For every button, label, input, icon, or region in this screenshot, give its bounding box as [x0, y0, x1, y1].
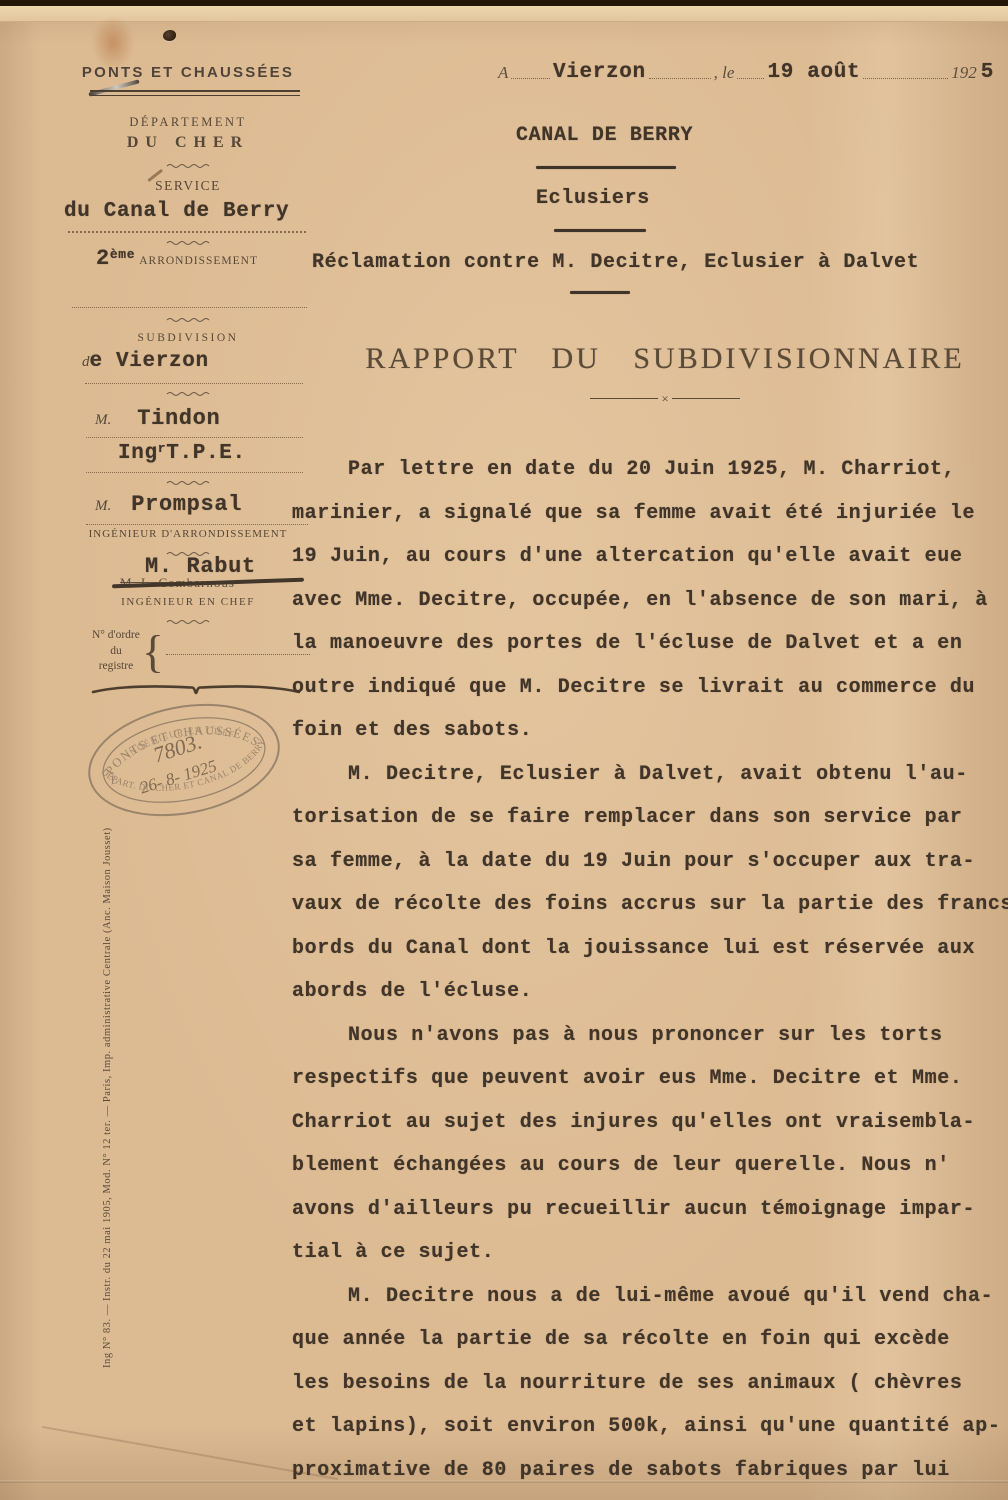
squiggle-divider	[166, 163, 214, 169]
date-le-label: , le	[714, 64, 735, 83]
paragraph-2: M. Decitre, Eclusier à Dalvet, avait obt…	[292, 753, 1008, 1014]
engineer2-line: M. Prompsal	[95, 492, 242, 517]
squiggle-divider	[166, 391, 214, 397]
dotted-line	[86, 472, 303, 473]
engineer1-title-pre: Ing	[118, 442, 158, 465]
subject-category: Eclusiers	[536, 187, 650, 210]
registre-line2: du	[92, 644, 140, 660]
squiggle-divider	[166, 480, 214, 486]
date-year-typed: 5	[981, 62, 994, 83]
underline	[554, 229, 646, 232]
dotted-leader	[511, 75, 550, 79]
engineer2-title: INGÉNIEUR D'ARRONDISSEMENT	[64, 528, 312, 540]
engineer1-title-rest: T.P.E.	[166, 442, 246, 465]
engineer1-line: M. Tindon	[95, 406, 220, 431]
arrondissement-label: ARRONDISSEMENT	[139, 255, 258, 267]
paragraph-3: Nous n'avons pas à nous prononcer sur le…	[292, 1014, 1008, 1275]
arrondissement-suffix: ème	[110, 247, 135, 262]
ink-spot	[163, 30, 176, 41]
arrondissement-line: 2ème ARRONDISSEMENT	[96, 246, 258, 271]
service-value: du Canal de Berry	[64, 200, 289, 223]
dotted-leader	[863, 75, 948, 79]
date-prefix: A	[498, 64, 508, 83]
engineer2-prefix: M.	[95, 498, 111, 514]
departement-name: DU CHER	[64, 134, 312, 152]
engineer3-title: INGÉNIEUR EN CHEF	[64, 596, 312, 608]
engineer1-name: Tindon	[137, 406, 220, 431]
ornament-line	[590, 398, 658, 399]
squiggle-divider	[166, 619, 214, 625]
engineer2-name: Prompsal	[131, 492, 242, 517]
squiggle-divider	[166, 317, 214, 323]
subdivision-label: SUBDIVISION	[64, 332, 312, 344]
underline	[536, 166, 676, 169]
dotted-line	[72, 307, 307, 308]
dotted-line	[86, 437, 303, 438]
dotted-line	[86, 524, 308, 525]
registre-block: N° d'ordre du registre {	[92, 628, 310, 675]
subdivision-value: e Vierzon	[90, 350, 209, 373]
report-body: Par lettre en date du 20 Juin 1925, M. C…	[292, 448, 1008, 1492]
registre-line1: N° d'ordre	[92, 628, 140, 644]
date-line: A Vierzon , le 19 août 192 5	[498, 62, 994, 83]
administration-heading: PONTS ET CHAUSSÉES	[64, 64, 312, 81]
dotted-leader	[737, 75, 764, 79]
underline	[570, 291, 630, 294]
arrondissement-number: 2	[96, 246, 110, 271]
scanned-report-page: PONTS ET CHAUSSÉES DÉPARTEMENT DU CHER S…	[0, 0, 1008, 1500]
date-city: Vierzon	[553, 62, 646, 83]
engineer1-title-sup: r	[158, 441, 166, 456]
departement-label: DÉPARTEMENT	[64, 115, 312, 130]
title-ornament: ×	[590, 398, 740, 399]
paragraph-1: Par lettre en date du 20 Juin 1925, M. C…	[292, 448, 1008, 753]
printer-imprint-text: Ing N° 83. — Instr. du 22 mai 1905, Mod.…	[102, 827, 113, 1368]
paragraph-4: M. Decitre nous a de lui-même avoué qu'i…	[292, 1275, 1008, 1493]
registre-labels: N° d'ordre du registre	[92, 628, 140, 675]
rust-stain	[92, 16, 134, 70]
subdivision-prefix: d	[82, 354, 90, 370]
dotted-leader	[649, 75, 711, 79]
double-rule	[90, 90, 300, 96]
ornament-line	[672, 398, 740, 399]
date-day-month: 19 août	[767, 62, 860, 83]
oval-stamp: PONTS ET CHAUSSÉES INGÉNIEUR EN CHEF DÉP…	[75, 686, 293, 834]
registre-line3: registre	[92, 659, 140, 675]
subject-reclamation: Réclamation contre M. Decitre, Eclusier …	[312, 251, 919, 274]
engineer1-title: IngrT.P.E.	[118, 441, 246, 465]
engineer1-prefix: M.	[95, 412, 111, 428]
registre-brace: {	[142, 631, 164, 672]
service-label: SERVICE	[64, 178, 312, 194]
report-title: RAPPORT DU SUBDIVISIONNAIRE	[340, 342, 990, 376]
dotted-line	[85, 383, 303, 384]
subject-canal: CANAL DE BERRY	[516, 124, 693, 147]
subdivision-line: de Vierzon	[82, 350, 209, 373]
registre-dotted-line	[166, 654, 310, 655]
dotted-line	[68, 231, 306, 233]
date-year-printed: 192	[951, 64, 977, 83]
